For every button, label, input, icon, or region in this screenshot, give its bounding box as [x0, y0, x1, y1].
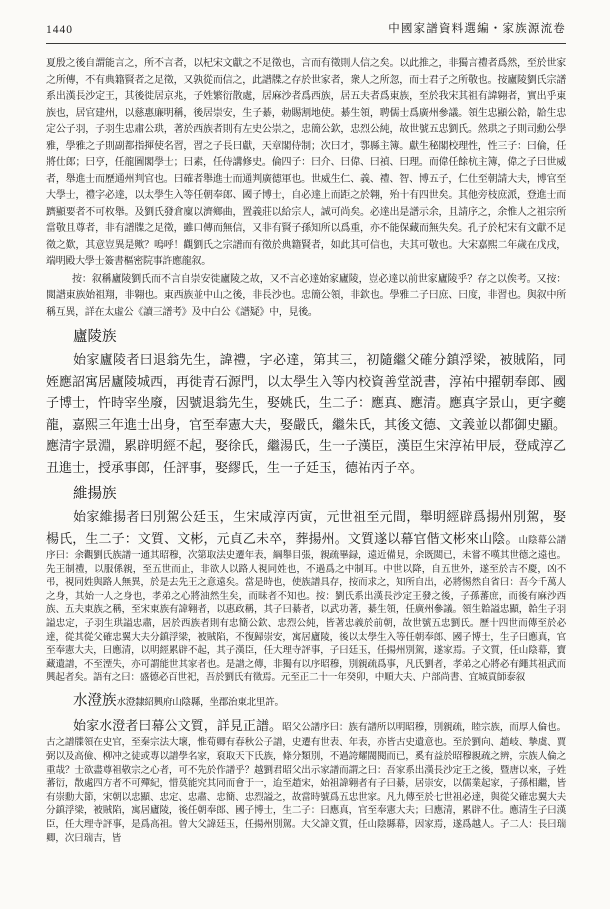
section-heading-note-shuicheng: 水澄隸紹興府山陰縣，坐郡治東北里許。 [117, 697, 284, 708]
section-heading-shuicheng: 水澄族水澄隸紹興府山陰縣，坐郡治東北里許。 [46, 689, 566, 715]
page-number: 1440 [46, 24, 73, 36]
genealogy-text-luling: 始家廬陵者曰退翁先生，諱禮，字必達，第其三，初隨繼父確分鎮浮梁，被賊陷，同姪應詔… [46, 352, 566, 475]
book-title: 中國家譜資料選編・家族源流卷 [388, 20, 566, 36]
section-body-luling: 始家廬陵者曰退翁先生，諱禮，字必達，第其三，初隨繼父確分鎮浮梁，被賊陷，同姪應詔… [46, 349, 566, 478]
genealogy-text-shuicheng: 始家水澄者曰幕公文質，詳見正譜。 [73, 718, 282, 733]
section-heading-luling: 廬陵族 [46, 325, 566, 349]
section-body-shuicheng: 始家水澄者曰幕公文質，詳見正譜。昭父公譜序曰：族有譜所以明昭穆，別親疏，睦宗族，… [46, 715, 566, 845]
quoted-preface-weiyang: 山陰幕公譜序曰：余觀劉氏族譜一通其昭穆，次第取法史遷年表，綱舉目張，親疏畢録，遠… [46, 535, 566, 684]
section-weiyang: 維揚族 始家維揚者曰別駕公廷玉，生宋咸淳丙寅，元世祖至元間，舉明經辟爲揚州別駕，… [46, 482, 566, 685]
section-heading-weiyang: 維揚族 [46, 482, 566, 506]
editorial-note: 按：叙稱廬陵劉氏而不言自崇安徙廬陵之故，又不言必達始家廬陵，豈必達以前世家廬陵乎… [46, 272, 566, 322]
preface-paragraph: 夏殷之後自謂能言之，所不言者，以杞宋文獻之不足徵也，言而有徵則人信之矣。以此推之… [46, 56, 566, 271]
section-body-weiyang: 始家維揚者曰別駕公廷玉，生宋咸淳丙寅，元世祖至元間，舉明經辟爲揚州別駕，娶楊氏，… [46, 506, 566, 685]
page-header: 1440 中國家譜資料選編・家族源流卷 [46, 20, 566, 44]
section-heading-text-shuicheng: 水澄族 [73, 693, 117, 709]
section-luling: 廬陵族 始家廬陵者曰退翁先生，諱禮，字必達，第其三，初隨繼父確分鎮浮梁，被賊陷，… [46, 325, 566, 478]
quoted-preface-shuicheng: 昭父公譜序曰：族有譜所以明昭穆，別親疏，睦宗族，而厚人倫也。古之譜牒領在史官，至… [46, 722, 566, 844]
section-shuicheng: 水澄族水澄隸紹興府山陰縣，坐郡治東北里許。 始家水澄者曰幕公文質，詳見正譜。昭父… [46, 689, 566, 845]
genealogy-text-weiyang: 始家維揚者曰別駕公廷玉，生宋咸淳丙寅，元世祖至元間，舉明經辟爲揚州別駕，娶楊氏，… [46, 509, 566, 546]
book-page: 1440 中國家譜資料選編・家族源流卷 夏殷之後自謂能言之，所不言者，以杞宋文獻… [0, 0, 610, 909]
